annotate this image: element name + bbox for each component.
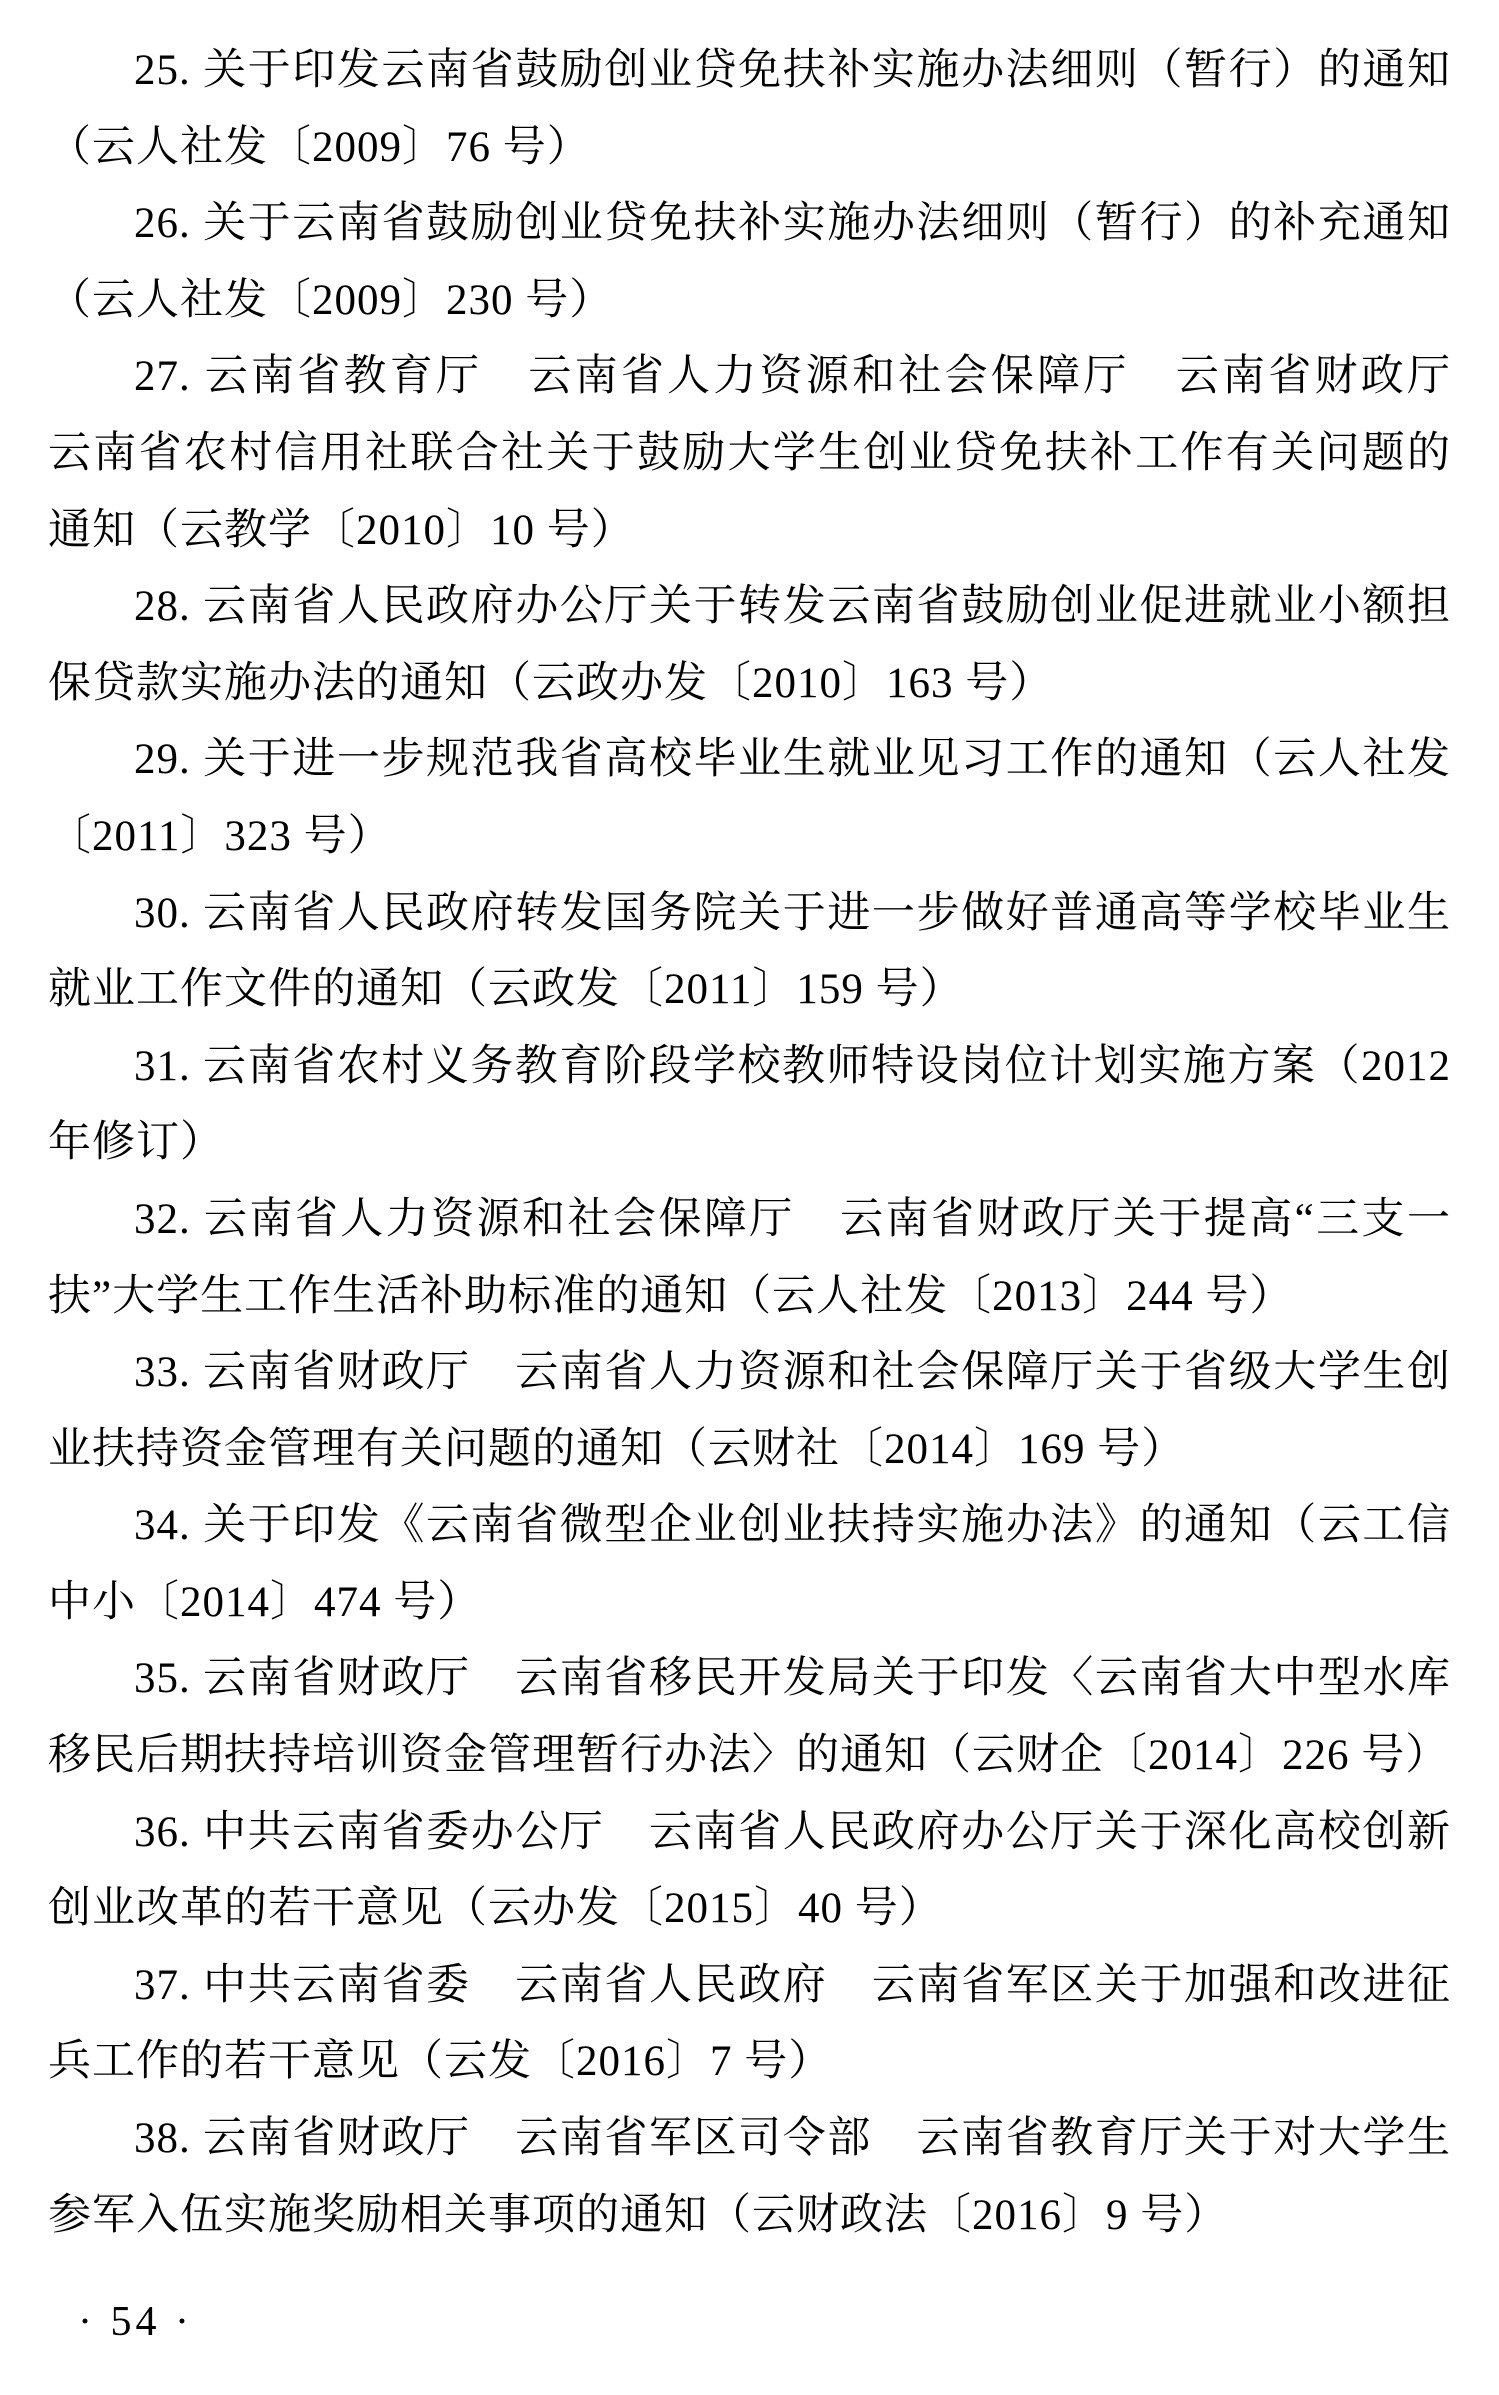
list-item-26: 26. 关于云南省鼓励创业贷免扶补实施办法细则（暂行）的补充通知（云人社发〔20… <box>48 186 1451 339</box>
list-item-31: 31. 云南省农村义务教育阶段学校教师特设岗位计划实施方案（2012 年修订） <box>48 1029 1451 1182</box>
list-item-27: 27. 云南省教育厅 云南省人力资源和社会保障厅 云南省财政厅 云南省农村信用社… <box>48 339 1451 569</box>
list-item-30: 30. 云南省人民政府转发国务院关于进一步做好普通高等学校毕业生就业工作文件的通… <box>48 876 1451 1029</box>
list-item-35: 35. 云南省财政厅 云南省移民开发局关于印发〈云南省大中型水库移民后期扶持培训… <box>48 1641 1451 1794</box>
page-number: · 54 · <box>78 2294 193 2350</box>
list-item-33: 33. 云南省财政厅 云南省人力资源和社会保障厅关于省级大学生创业扶持资金管理有… <box>48 1335 1451 1488</box>
list-item-32: 32. 云南省人力资源和社会保障厅 云南省财政厅关于提高“三支一扶”大学生工作生… <box>48 1182 1451 1335</box>
document-page: 25. 关于印发云南省鼓励创业贷免扶补实施办法细则（暂行）的通知（云人社发〔20… <box>0 0 1499 2395</box>
list-item-29: 29. 关于进一步规范我省高校毕业生就业见习工作的通知（云人社发〔2011〕32… <box>48 722 1451 875</box>
list-item-38: 38. 云南省财政厅 云南省军区司令部 云南省教育厅关于对大学生参军入伍实施奖励… <box>48 2101 1451 2254</box>
list-item-28: 28. 云南省人民政府办公厅关于转发云南省鼓励创业促进就业小额担保贷款实施办法的… <box>48 569 1451 722</box>
list-item-37: 37. 中共云南省委 云南省人民政府 云南省军区关于加强和改进征兵工作的若干意见… <box>48 1948 1451 2101</box>
notice-list: 25. 关于印发云南省鼓励创业贷免扶补实施办法细则（暂行）的通知（云人社发〔20… <box>48 33 1451 2254</box>
list-item-34: 34. 关于印发《云南省微型企业创业扶持实施办法》的通知（云工信中小〔2014〕… <box>48 1488 1451 1641</box>
list-item-36: 36. 中共云南省委办公厅 云南省人民政府办公厅关于深化高校创新创业改革的若干意… <box>48 1795 1451 1948</box>
list-item-25: 25. 关于印发云南省鼓励创业贷免扶补实施办法细则（暂行）的通知（云人社发〔20… <box>48 33 1451 186</box>
